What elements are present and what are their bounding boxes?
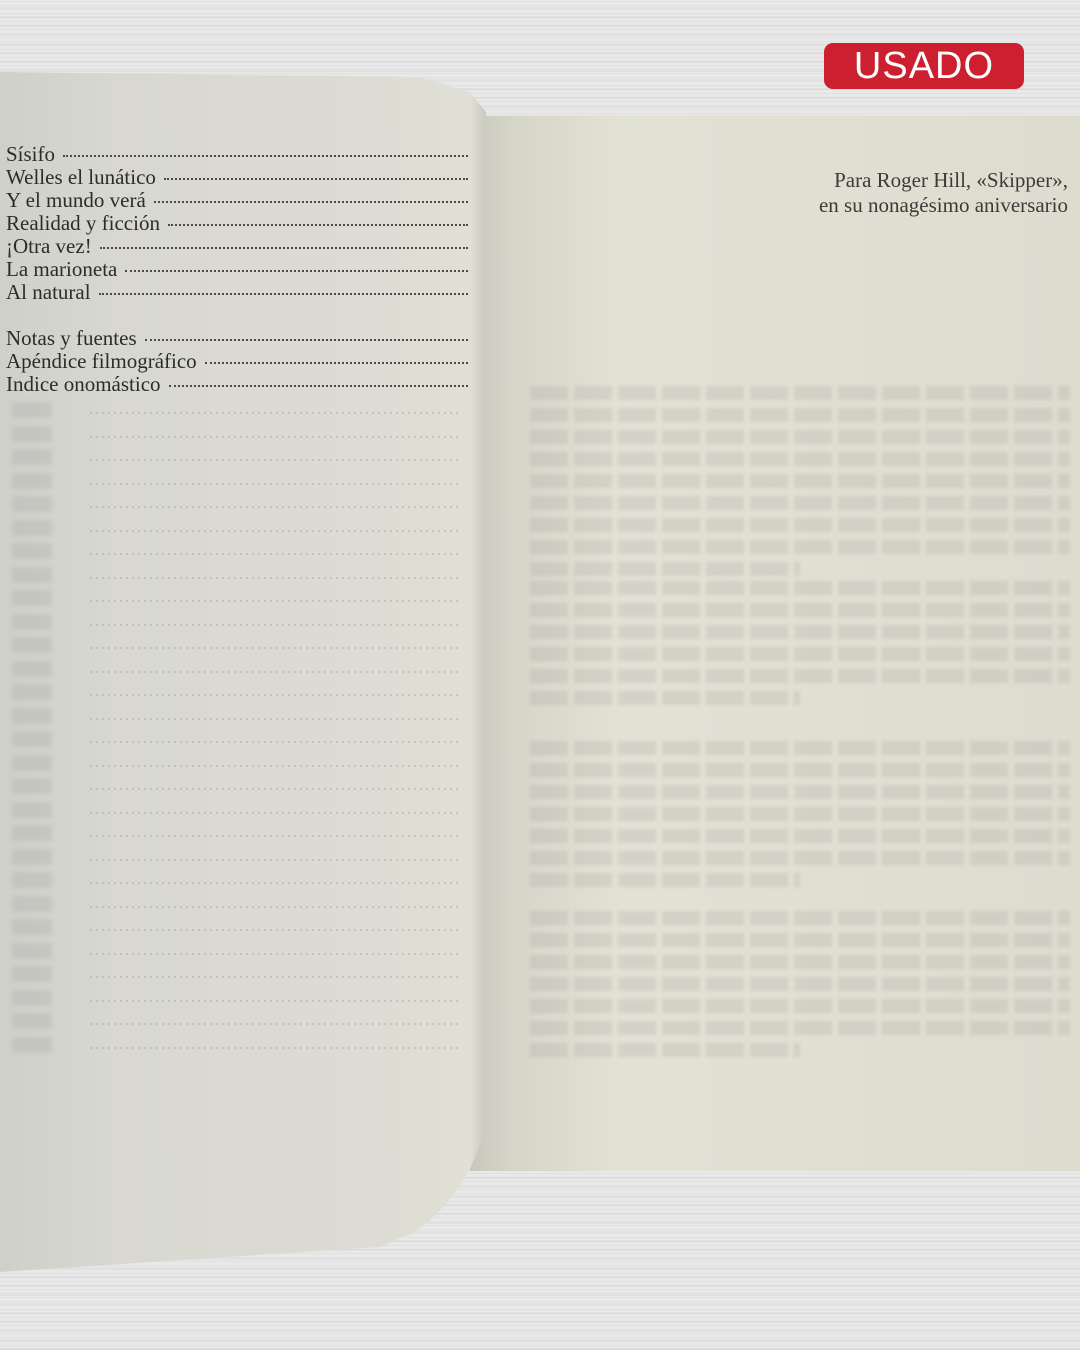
bleed-text-line [530, 977, 1070, 991]
table-of-contents: Sísifo Welles el lunático Y el mundo ver… [6, 142, 468, 395]
bleed-text-line [530, 873, 800, 887]
bleed-text-line [530, 829, 1070, 843]
toc-title: Y el mundo verá [6, 188, 154, 213]
bleed-text-line [530, 452, 1070, 466]
bleed-dot-line [90, 741, 460, 743]
left-page: Sísifo Welles el lunático Y el mundo ver… [0, 72, 486, 1272]
toc-item: Welles el lunático [6, 165, 468, 188]
dedication-line-2: en su nonagésimo aniversario [819, 193, 1068, 218]
bleed-dot-line [90, 718, 460, 720]
dot-leader [125, 270, 468, 272]
bleed-dot-line [90, 624, 460, 626]
toc-item: Notas y fuentes [6, 326, 468, 349]
bleed-text-line [530, 518, 1070, 532]
bleed-dot-line [90, 530, 460, 532]
toc-title: Indice onomástico [6, 372, 169, 397]
dot-leader [99, 293, 468, 295]
bleed-text-line [530, 581, 1070, 595]
toc-title: Realidad y ficción [6, 211, 168, 236]
dot-leader [205, 362, 468, 364]
bleed-dot-line [90, 765, 460, 767]
dot-leader [168, 224, 468, 226]
bleed-dot-line [90, 553, 460, 555]
bleed-page-number [12, 473, 52, 489]
bleed-page-number [12, 684, 52, 700]
bleed-page-number [12, 426, 52, 442]
bleed-page-number [12, 896, 52, 912]
bleed-page-number [12, 990, 52, 1006]
bleed-page-number [12, 590, 52, 606]
toc-title: Notas y fuentes [6, 326, 145, 351]
bleed-dot-line [90, 882, 460, 884]
bleed-dot-line [90, 459, 460, 461]
toc-title: ¡Otra vez! [6, 234, 100, 259]
toc-spacer [6, 303, 468, 326]
dot-leader [145, 339, 468, 341]
toc-title: Welles el lunático [6, 165, 164, 190]
bleed-page-number [12, 849, 52, 865]
bleed-page-number [12, 919, 52, 935]
right-page: Para Roger Hill, «Skipper», en su nonagé… [470, 116, 1080, 1171]
toc-title: Apéndice filmográfico [6, 349, 205, 374]
bleed-text-line [530, 785, 1070, 799]
bleed-page-number [12, 1037, 52, 1053]
bleed-dot-line [90, 835, 460, 837]
toc-item: Y el mundo verá [6, 188, 468, 211]
bleed-page-number [12, 402, 52, 418]
bleed-page-number [12, 637, 52, 653]
bleed-dot-line [90, 812, 460, 814]
toc-title: Al natural [6, 280, 99, 305]
bleed-text-line [530, 999, 1070, 1013]
bleed-text-line [530, 1043, 800, 1057]
bleed-dot-line [90, 953, 460, 955]
bleed-dot-line [90, 976, 460, 978]
bleed-dot-line [90, 929, 460, 931]
toc-item: Sísifo [6, 142, 468, 165]
bleed-page-number [12, 449, 52, 465]
bleed-text-line [530, 851, 1070, 865]
used-condition-badge: USADO [824, 43, 1024, 89]
bleed-dot-line [90, 1047, 460, 1049]
bleed-dot-line [90, 1000, 460, 1002]
dot-leader [169, 385, 468, 387]
bleed-text-line [530, 691, 800, 705]
bleed-page-number [12, 496, 52, 512]
toc-item: Apéndice filmográfico [6, 349, 468, 372]
dot-leader [154, 201, 468, 203]
bleed-page-number [12, 567, 52, 583]
toc-title: La marioneta [6, 257, 125, 282]
bleed-dot-line [90, 906, 460, 908]
toc-item: Indice onomástico [6, 372, 468, 395]
bleed-text-line [530, 496, 1070, 510]
bleed-text-line [530, 625, 1070, 639]
bleed-page-number [12, 543, 52, 559]
bleed-dot-line [90, 506, 460, 508]
bleed-page-number [12, 966, 52, 982]
bleed-text-line [530, 474, 1070, 488]
bleed-text-line [530, 562, 800, 576]
toc-item: Al natural [6, 280, 468, 303]
bleed-page-number [12, 825, 52, 841]
bleed-page-number [12, 872, 52, 888]
bleed-text-line [530, 741, 1070, 755]
dedication-line-1: Para Roger Hill, «Skipper», [819, 168, 1068, 193]
bleed-text-line [530, 669, 1070, 683]
bleed-dot-line [90, 694, 460, 696]
bleed-text-line [530, 955, 1070, 969]
dot-leader [63, 155, 468, 157]
bleed-page-number [12, 731, 52, 747]
bleed-page-number [12, 1013, 52, 1029]
bleed-dot-line [90, 483, 460, 485]
bleed-page-number [12, 708, 52, 724]
bleed-text-line [530, 540, 1070, 554]
bleed-text-line [530, 430, 1070, 444]
dot-leader [100, 247, 468, 249]
bleed-page-number [12, 614, 52, 630]
bleed-dot-line [90, 577, 460, 579]
toc-title: Sísifo [6, 142, 63, 167]
bleed-page-number [12, 661, 52, 677]
bleed-dot-line [90, 788, 460, 790]
bleed-page-number [12, 755, 52, 771]
bleed-text-line [530, 1021, 1070, 1035]
bleed-text-line [530, 408, 1070, 422]
bleed-text-line [530, 386, 1070, 400]
bleed-dot-line [90, 647, 460, 649]
bleed-dot-line [90, 600, 460, 602]
bleed-page-number [12, 778, 52, 794]
dedication: Para Roger Hill, «Skipper», en su nonagé… [819, 168, 1068, 218]
bleed-page-number [12, 520, 52, 536]
bleed-text-line [530, 807, 1070, 821]
bleed-text-line [530, 603, 1070, 617]
toc-item: ¡Otra vez! [6, 234, 468, 257]
toc-item: La marioneta [6, 257, 468, 280]
bleed-text-line [530, 647, 1070, 661]
bleed-dot-line [90, 436, 460, 438]
dot-leader [164, 178, 468, 180]
bleed-dot-line [90, 859, 460, 861]
bleed-page-number [12, 943, 52, 959]
toc-item: Realidad y ficción [6, 211, 468, 234]
bleed-dot-line [90, 1023, 460, 1025]
bleed-dot-line [90, 412, 460, 414]
bleed-text-line [530, 933, 1070, 947]
bleed-page-number [12, 802, 52, 818]
bleed-text-line [530, 911, 1070, 925]
bleed-text-line [530, 763, 1070, 777]
bleed-dot-line [90, 671, 460, 673]
